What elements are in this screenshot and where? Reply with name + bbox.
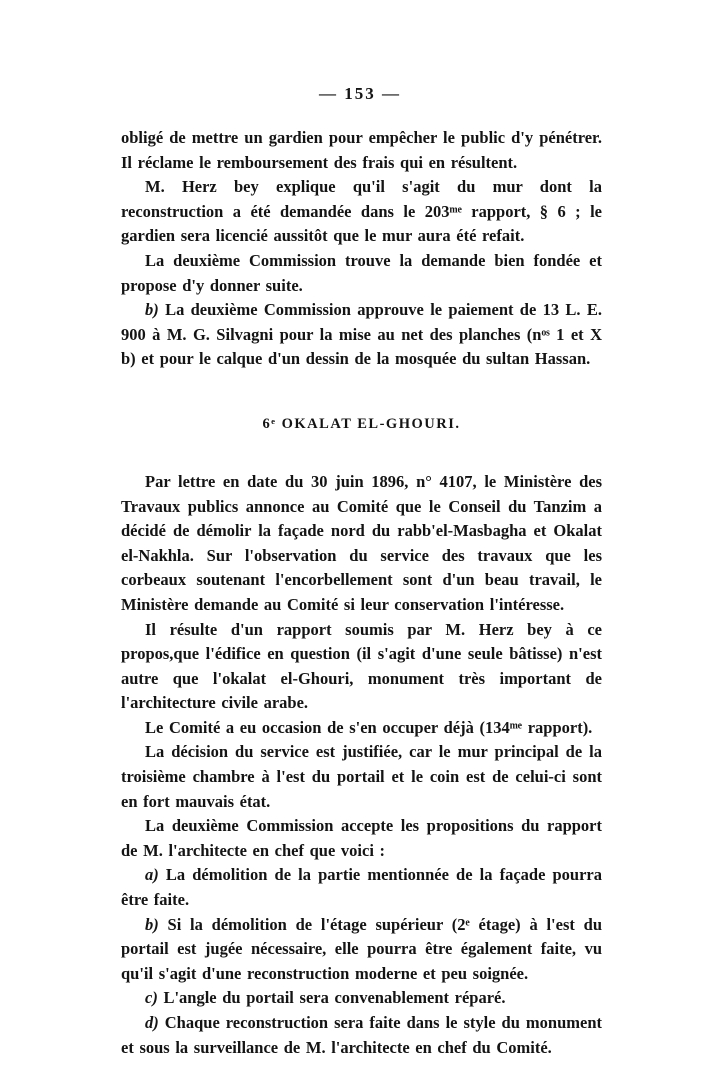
document-page: — 153 — obligé de mettre un gardien pour…	[0, 0, 720, 1082]
paragraph: Il résulte d'un rapport soumis par M. He…	[121, 618, 602, 716]
paragraph-marker: d)	[145, 1013, 165, 1032]
paragraph-text: M. Herz bey explique qu'il s'agit du mur…	[121, 177, 602, 245]
paragraph-text: Par lettre en date du 30 juin 1896, n° 4…	[121, 472, 602, 614]
paragraph: a)La démolition de la partie mentionnée …	[121, 863, 602, 912]
section-heading: 6ᵉ OKALAT EL-GHOURI.	[121, 414, 602, 434]
paragraph-marker: b)	[145, 300, 165, 319]
paragraph: Par lettre en date du 30 juin 1896, n° 4…	[121, 470, 602, 618]
paragraph: c)L'angle du portail sera convenablement…	[121, 986, 602, 1011]
paragraph-text: obligé de mettre un gardien pour empêche…	[121, 128, 602, 172]
paragraph: La décision du service est justifiée, ca…	[121, 740, 602, 814]
paragraph: obligé de mettre un gardien pour empêche…	[121, 126, 602, 175]
paragraph-text: Si la démolition de l'étage supérieur (2…	[121, 915, 602, 983]
paragraph: b)La deuxième Commission approuve le pai…	[121, 298, 602, 372]
paragraph-text: La deuxième Commission trouve la demande…	[121, 251, 602, 295]
paragraph-text: L'angle du portail sera convenablement r…	[163, 988, 505, 1007]
paragraph-text: Il résulte d'un rapport soumis par M. He…	[121, 620, 602, 713]
paragraph-text: La deuxième Commission accepte les propo…	[121, 816, 602, 860]
paragraph-text: La décision du service est justifiée, ca…	[121, 742, 602, 810]
paragraph-text: La démolition de la partie mentionnée de…	[121, 865, 602, 909]
paragraph: Le Comité a eu occasion de s'en occuper …	[121, 716, 602, 741]
paragraph-marker: c)	[145, 988, 163, 1007]
paragraph-marker: a)	[145, 865, 166, 884]
paragraph: d)Chaque reconstruction sera faite dans …	[121, 1011, 602, 1060]
text-block: obligé de mettre un gardien pour empêche…	[121, 126, 602, 1060]
paragraph-text: La deuxième Commission approuve le paiem…	[121, 300, 602, 368]
paragraph: La deuxième Commission trouve la demande…	[121, 249, 602, 298]
paragraph: La deuxième Commission accepte les propo…	[121, 814, 602, 863]
paragraph-marker: b)	[145, 915, 168, 934]
page-number: — 153 —	[0, 84, 720, 104]
paragraph: M. Herz bey explique qu'il s'agit du mur…	[121, 175, 602, 249]
paragraph: b)Si la démolition de l'étage supérieur …	[121, 913, 602, 987]
paragraph-text: Le Comité a eu occasion de s'en occuper …	[145, 718, 592, 737]
paragraph-text: Chaque reconstruction sera faite dans le…	[121, 1013, 602, 1057]
